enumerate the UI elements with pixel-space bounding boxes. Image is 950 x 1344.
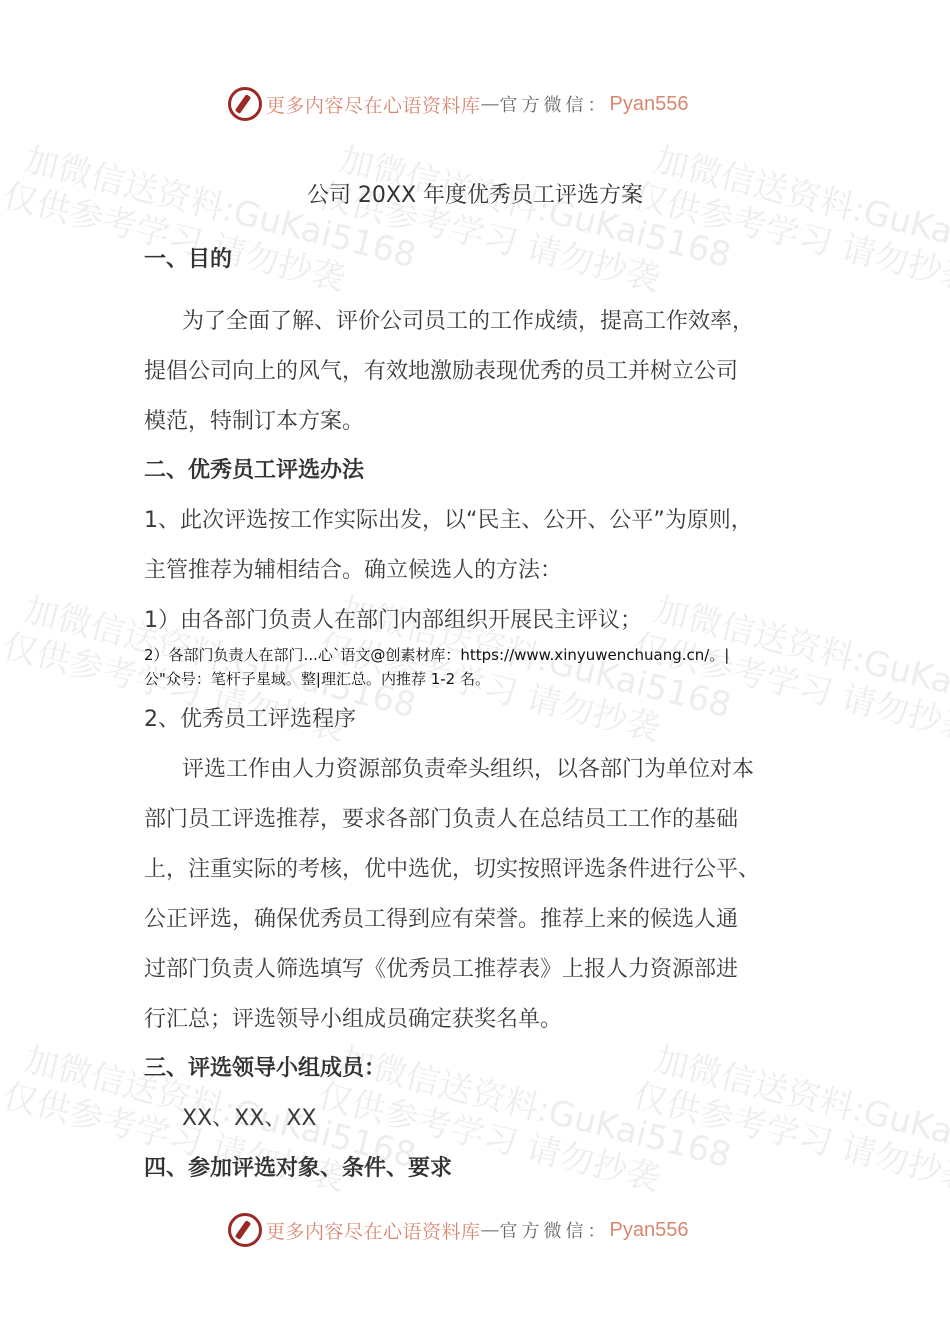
paragraph-line: 模范，特制订本方案。 xyxy=(144,404,364,435)
paragraph-line: 部门员工评选推荐，要求各部门负责人在总结员工工作的基础 xyxy=(144,802,738,833)
pen-logo-icon xyxy=(228,87,262,121)
banner-wechat-id: Pyan556 xyxy=(610,1219,689,1242)
banner-wechat-label: 官方微信： xyxy=(500,91,610,117)
paragraph-line: 主管推荐为辅相结合。确立候选人的方法： xyxy=(144,553,562,584)
paragraph-line: 评选工作由人力资源部负责牵头组织，以各部门为单位对本 xyxy=(182,752,754,783)
paragraph-line: 上，注重实际的考核，优中选优，切实按照评选条件进行公平、 xyxy=(144,852,760,883)
paragraph-line: 提倡公司向上的风气，有效地激励表现优秀的员工并树立公司 xyxy=(144,354,738,385)
banner-text: 更多内容尽在心语资料库 xyxy=(266,91,481,118)
section-heading: 三、评选领导小组成员： xyxy=(144,1051,386,1082)
watermark: 加微信送资料:GuKai5168仅供参考学习 请勿抄袭 xyxy=(326,1040,735,1215)
paragraph-line: 过部门负责人筛选填写《优秀员工推荐表》上报人力资源部进 xyxy=(144,952,738,983)
paragraph-line: 行汇总；评选领导小组成员确定获奖名单。 xyxy=(144,1002,562,1033)
footer-banner: 更多内容尽在心语资料库 — 官方微信： Pyan556 xyxy=(228,1210,688,1250)
banner-wechat-label: 官方微信： xyxy=(500,1217,610,1243)
paragraph-line: 2）各部门负责人在部门...心`语文@创素材库：https://www.xiny… xyxy=(144,644,729,665)
subsection-heading: 2、优秀员工评选程序 xyxy=(144,702,356,733)
section-heading: 二、优秀员工评选办法 xyxy=(144,453,364,484)
watermark: 加微信送资料:GuKai5168仅供参考学习 请勿抄袭 xyxy=(641,590,950,765)
watermark: 加微信送资料:GuKai5168仅供参考学习 请勿抄袭 xyxy=(11,140,420,315)
banner-dash: — xyxy=(481,93,500,115)
paragraph-line: 公正评选，确保优秀员工得到应有荣誉。推荐上来的候选人通 xyxy=(144,902,738,933)
paragraph-line: 公"众号：笔杆子星域。整|理汇总。内推荐 1-2 名。 xyxy=(144,668,490,689)
watermark: 加微信送资料:GuKai5168仅供参考学习 请勿抄袭 xyxy=(326,140,735,315)
banner-text: 更多内容尽在心语资料库 xyxy=(266,1217,481,1244)
document-title: 公司 20XX 年度优秀员工评选方案 xyxy=(0,178,950,209)
paragraph-line: 为了全面了解、评价公司员工的工作成绩，提高工作效率， xyxy=(182,304,754,335)
banner-wechat-id: Pyan556 xyxy=(610,93,689,116)
banner-dash: — xyxy=(481,1219,500,1241)
paragraph-line: 1、此次评选按工作实际出发，以“民主、公开、公平”为原则， xyxy=(144,503,753,534)
section-heading: 一、目的 xyxy=(144,242,232,273)
paragraph-line: XX、XX、XX xyxy=(182,1101,316,1132)
watermark: 加微信送资料:GuKai5168仅供参考学习 请勿抄袭 xyxy=(641,1040,950,1215)
section-heading: 四、参加评选对象、条件、要求 xyxy=(144,1151,452,1182)
watermark: 加微信送资料:GuKai5168仅供参考学习 请勿抄袭 xyxy=(641,140,950,315)
pen-logo-icon xyxy=(228,1213,262,1247)
header-banner: 更多内容尽在心语资料库 — 官方微信： Pyan556 xyxy=(228,84,688,124)
paragraph-line: 1）由各部门负责人在部门内部组织开展民主评议； xyxy=(144,603,642,634)
